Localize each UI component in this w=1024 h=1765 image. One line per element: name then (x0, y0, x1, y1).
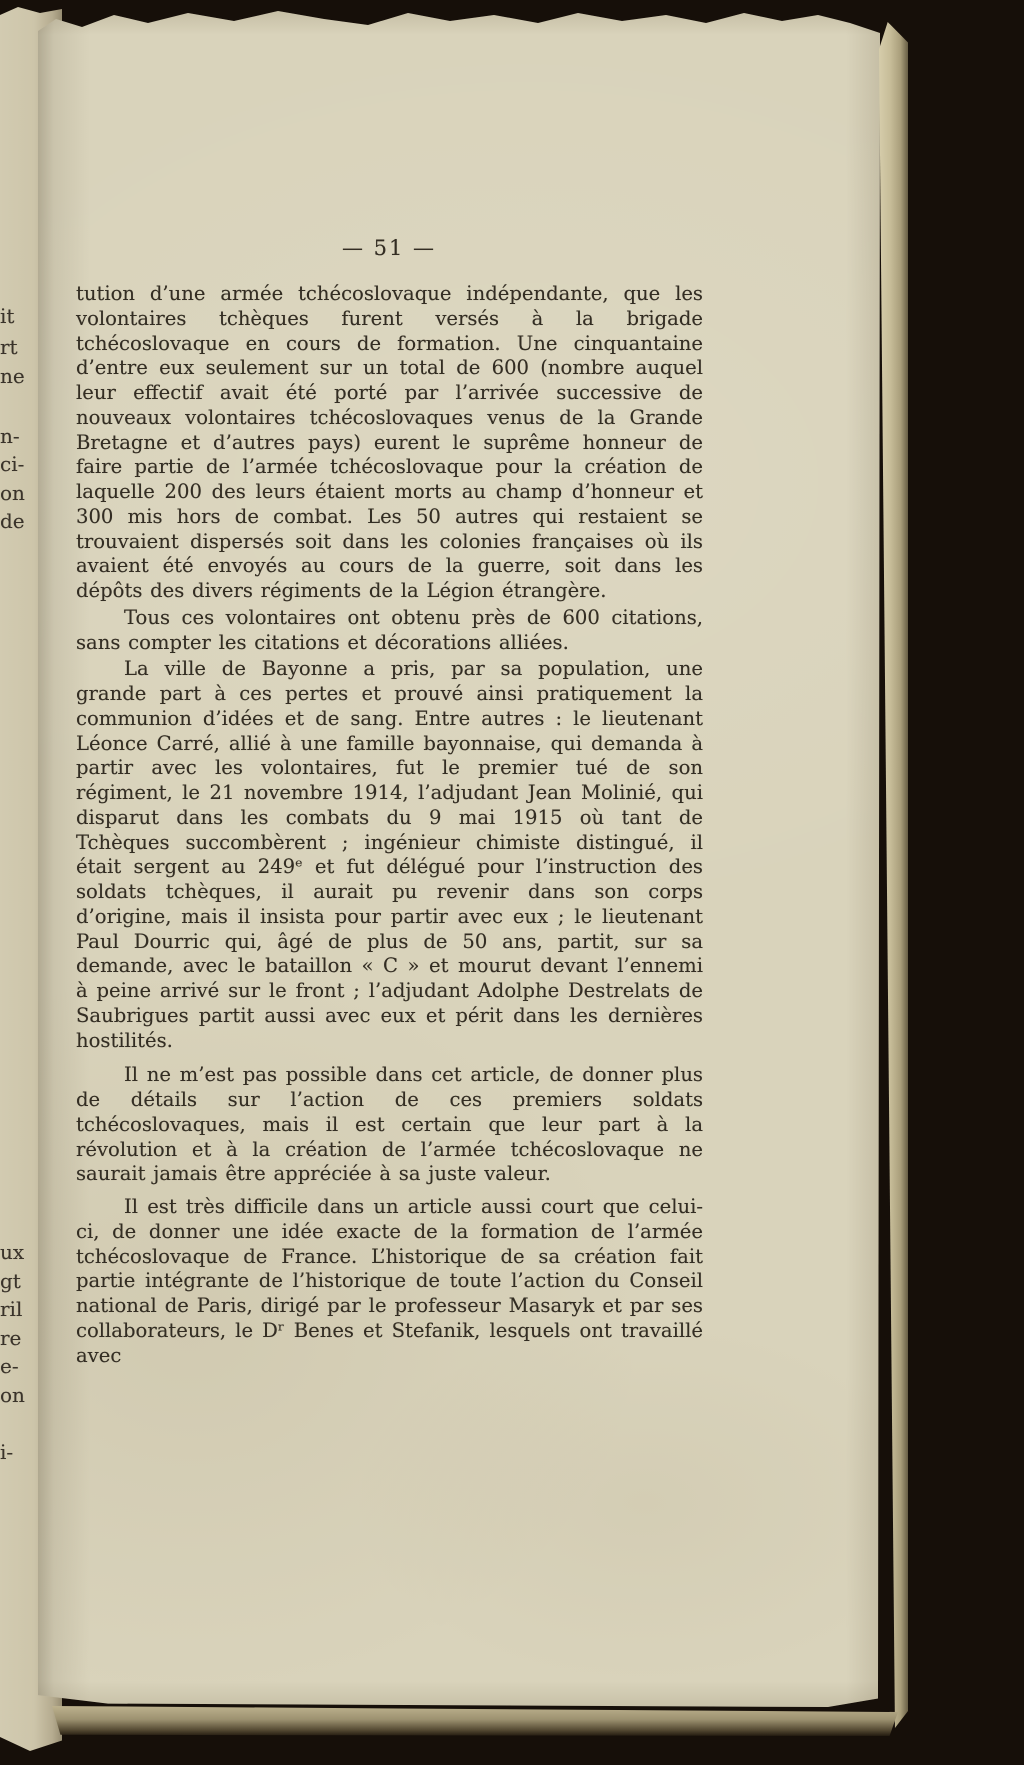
page-stack-fore-edge (879, 22, 908, 1728)
text-fragment: on (0, 482, 26, 504)
text-fragment: re (0, 1327, 26, 1349)
paragraph-4: Il ne m’est pas possible dans cet articl… (76, 1063, 703, 1187)
text-fragment: ril (0, 1298, 26, 1320)
text-fragment: on (0, 1384, 26, 1406)
paragraph-1: tution d’une armée tchécoslovaque indépe… (76, 282, 703, 604)
text-fragment: rt (0, 336, 26, 358)
paragraph-5: Il est très difficile dans un article au… (76, 1195, 703, 1368)
text-fragment: it (0, 305, 26, 327)
page-text: tution d’une armée tchécoslovaque indépe… (76, 282, 703, 1368)
page-stack-bottom-edge (52, 1706, 898, 1736)
paragraph-2: Tous ces volontaires ont obtenu près de … (76, 606, 703, 656)
text-fragment: gt (0, 1270, 26, 1292)
page-number: — 51 — (76, 236, 702, 260)
text-fragment: ux (0, 1241, 26, 1263)
paragraph-3: La ville de Bayonne a pris, par sa popul… (76, 657, 703, 1053)
book-page: — 51 — tution d’une armée tchécoslovaque… (38, 5, 880, 1707)
text-fragment: e- (0, 1355, 26, 1377)
book-scan: it rt ne n- ci- on de ux gt ril re e- on… (0, 0, 1024, 1765)
text-fragment: ci- (0, 453, 26, 475)
text-fragment: de (0, 510, 26, 532)
text-fragment: ne (0, 365, 26, 387)
text-fragment: n- (0, 425, 26, 447)
text-fragment: i- (0, 1441, 26, 1463)
